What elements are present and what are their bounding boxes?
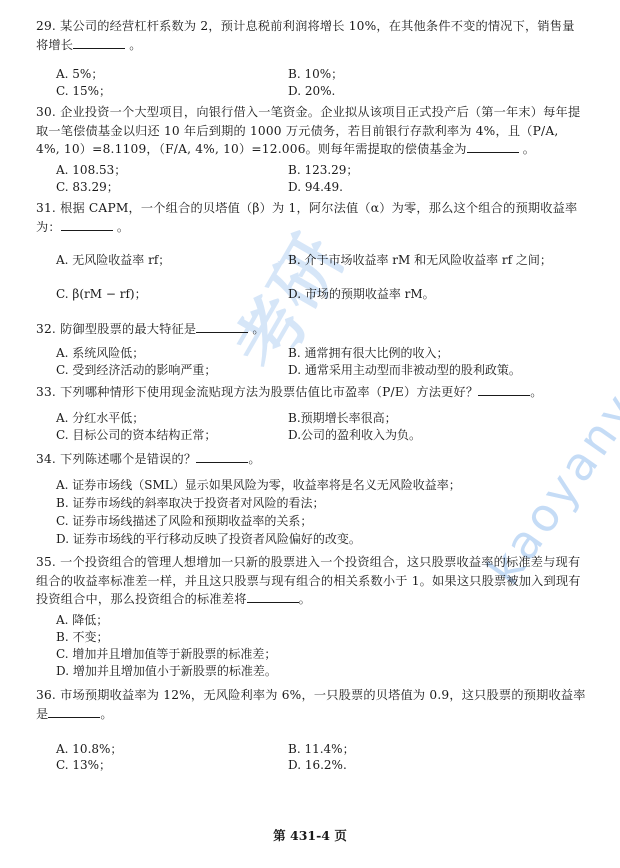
option-c: C. 增加并且增加值等于新股票的标准差； bbox=[56, 646, 276, 662]
question-text: 下列哪种情形下使用现金流贴现方法为股票估值比市盈率（P/E）方法更好？ bbox=[60, 385, 478, 399]
answer-blank bbox=[196, 450, 248, 463]
option-b: B. 11.4%； bbox=[288, 741, 355, 757]
option-a: A. 降低； bbox=[56, 612, 108, 628]
question-number: 36. bbox=[36, 688, 56, 702]
option-b: B.预期增长率很高； bbox=[288, 410, 397, 426]
question-number: 33. bbox=[36, 385, 56, 399]
question-33: 33. 下列哪种情形下使用现金流贴现方法为股票估值比市盈率（P/E）方法更好？。 bbox=[36, 383, 586, 402]
option-a: A. 分红水平低； bbox=[56, 410, 144, 426]
question-29: 29. 某公司的经营杠杆系数为 2，预计息税前利润将增长 10%，在其他条件不变… bbox=[36, 17, 586, 54]
option-b: B. 123.29； bbox=[288, 162, 358, 178]
question-34: 34. 下列陈述哪个是错误的？。 bbox=[36, 450, 586, 469]
option-d: D. 94.49. bbox=[288, 179, 343, 195]
question-36: 36. 市场预期收益率为 12%，无风险利率为 6%，一只股票的贝塔值为 0.9… bbox=[36, 686, 586, 723]
answer-blank bbox=[61, 218, 113, 231]
option-a: A. 系统风险低； bbox=[56, 345, 144, 361]
watermark-url: kaoyany.top bbox=[476, 300, 620, 594]
question-number: 29. bbox=[36, 19, 56, 33]
option-d: D. 增加并且增加值小于新股票的标准差。 bbox=[56, 663, 277, 679]
option-d: D. 通常采用主动型而非被动型的股利政策。 bbox=[288, 362, 521, 378]
option-a: A. 证券市场线（SML）显示如果风险为零，收益率将是名义无风险收益率； bbox=[56, 477, 461, 493]
option-d: D.公司的盈利收入为负。 bbox=[288, 427, 421, 443]
question-number: 32. bbox=[36, 322, 56, 336]
option-a: A. 5%； bbox=[56, 66, 103, 82]
question-text: 防御型股票的最大特征是 bbox=[60, 322, 196, 336]
option-a: A. 10.8%； bbox=[56, 741, 122, 757]
option-a: A. 无风险收益率 rf； bbox=[56, 252, 170, 268]
option-c: C. 15%； bbox=[56, 83, 111, 99]
option-b: B. 证券市场线的斜率取决于投资者对风险的看法； bbox=[56, 495, 324, 511]
option-c: C. β(rM − rf)； bbox=[56, 286, 147, 302]
option-b: B. 介于市场收益率 rM 和无风险收益率 rf 之间； bbox=[288, 252, 552, 268]
page-number: 第 431-4 页 bbox=[0, 826, 620, 844]
option-c: C. 受到经济活动的影响严重； bbox=[56, 362, 216, 378]
question-text: 市场预期收益率为 12%，无风险利率为 6%，一只股票的贝塔值为 0.9，这只股… bbox=[36, 688, 586, 721]
question-number: 30. bbox=[36, 105, 56, 119]
option-c: C. 证券市场线描述了风险和预期收益率的关系； bbox=[56, 513, 312, 529]
option-d: D. 16.2%. bbox=[288, 757, 347, 773]
question-number: 31. bbox=[36, 201, 56, 215]
question-number: 34. bbox=[36, 452, 56, 466]
option-d: D. 市场的预期收益率 rM。 bbox=[288, 286, 435, 302]
exam-page: 考研 kaoyany.top 29. 某公司的经营杠杆系数为 2，预计息税前利润… bbox=[0, 0, 620, 868]
answer-blank bbox=[73, 36, 125, 49]
option-d: D. 证券市场线的平行移动反映了投资者风险偏好的改变。 bbox=[56, 531, 361, 547]
answer-blank bbox=[48, 705, 100, 718]
option-d: D. 20%. bbox=[288, 83, 335, 99]
answer-blank bbox=[196, 320, 248, 333]
answer-blank bbox=[467, 140, 519, 153]
option-b: B. 通常拥有很大比例的收入； bbox=[288, 345, 448, 361]
answer-blank bbox=[478, 383, 530, 396]
question-number: 35. bbox=[36, 555, 56, 569]
option-c: C. 13%； bbox=[56, 757, 111, 773]
option-a: A. 108.53； bbox=[56, 162, 126, 178]
question-31: 31. 根据 CAPM，一个组合的贝塔值（β）为 1，阿尔法值（α）为零，那么这… bbox=[36, 199, 586, 236]
question-30: 30. 企业投资一个大型项目，向银行借入一笔资金。企业拟从该项目正式投产后（第一… bbox=[36, 103, 586, 159]
option-c: C. 83.29； bbox=[56, 179, 119, 195]
question-32: 32. 防御型股票的最大特征是 。 bbox=[36, 320, 586, 339]
option-c: C. 目标公司的资本结构正常； bbox=[56, 427, 216, 443]
question-text: 下列陈述哪个是错误的？ bbox=[60, 452, 196, 466]
answer-blank bbox=[247, 590, 299, 603]
option-b: B. 10%； bbox=[288, 66, 343, 82]
option-b: B. 不变； bbox=[56, 629, 108, 645]
question-35: 35. 一个投资组合的管理人想增加一只新的股票进入一个投资组合，这只股票收益率的… bbox=[36, 553, 586, 609]
